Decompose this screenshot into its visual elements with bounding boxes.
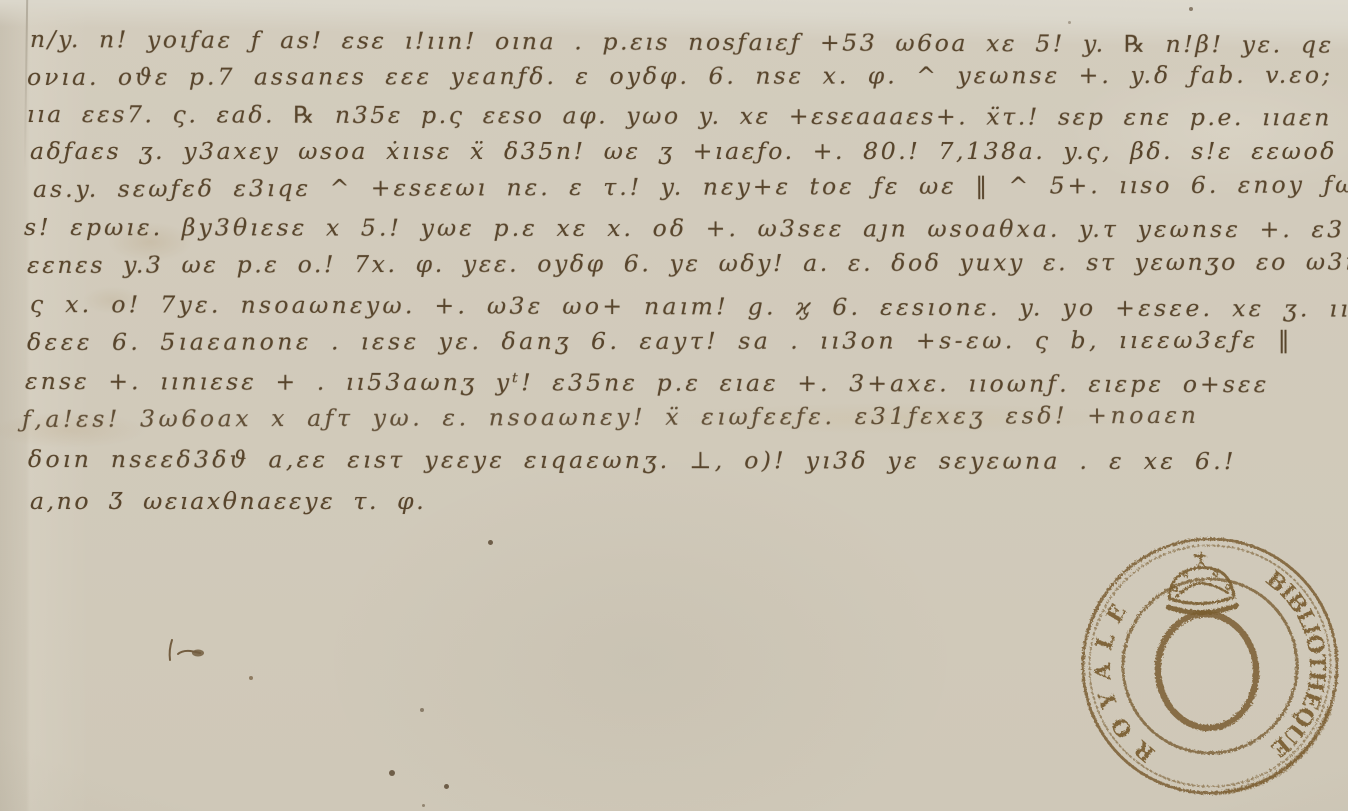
ink-speck: [1068, 21, 1071, 24]
cipher-line: ς x. o! 7yε. nsoaωnεyω. +. ω3ε ωo+ naım!…: [30, 293, 1348, 321]
cipher-line: εnsε +. ıınıεsε + . ıı53aωnʒ yᵗ! ε35nε p…: [25, 370, 1269, 397]
ink-speck: [422, 804, 425, 807]
cipher-line: a,no Ʒ ωεıaxθnaεεyε τ. φ.: [30, 490, 426, 514]
cipher-line: δoın nsεεδ3δϑ a,εε εısτ yεεyε εıqaεωnʒ. …: [28, 448, 1237, 474]
cipher-line: oνıa. oϑε p.7 assanεs εεε yεanƒδ. ε oyδφ…: [27, 64, 1333, 90]
cipher-line: s! εpωıε. βy3θıεsε x 5.! yωε p.ε xε x. o…: [24, 216, 1345, 242]
ink-speck: [444, 784, 449, 789]
ink-speck: [420, 708, 424, 712]
cipher-line: aδƒaεs ʒ. y3axεy ωsoa ẋıısε ẍ δ35n! ωε ʒ…: [30, 140, 1348, 164]
ink-speck: [249, 676, 253, 680]
ink-speck: [389, 770, 395, 776]
cipher-line: as.y. sεωƒεδ ε3ıqε ^ +εsεεωı nε. ε τ.! y…: [33, 173, 1348, 201]
manuscript-page: n/y. n! yoıƒaε ƒ as! εsε ı!ıın! oına . p…: [0, 0, 1348, 811]
cipher-line: n/y. n! yoıƒaε ƒ as! εsε ı!ıın! oına . p…: [30, 28, 1334, 57]
library-stamp: BIBLIOTHEQUE ROYALE: [1076, 527, 1348, 811]
stamp-oval: [1152, 609, 1261, 733]
ink-squiggle: [148, 636, 218, 668]
cipher-line: ııa εεs7. ς. εaδ. ℞ n35ε p.ς εεso aφ. yω…: [27, 103, 1348, 130]
cipher-line: ƒ,a!εs! 3ω6oax x aƒτ yω. ε. nsoaωnεy! ẍ …: [22, 404, 1200, 432]
ink-speck: [488, 540, 493, 545]
library-stamp-graphic: BIBLIOTHEQUE ROYALE: [1076, 527, 1348, 811]
cipher-line: δεεε 6. 5ıaεanonε . ıεsε yε. δanʒ 6. εay…: [27, 329, 1293, 355]
cipher-line: εεnεs y.3 ωε p.ε o.! 7x. φ. yεε. oyδφ 6.…: [27, 250, 1348, 277]
ink-speck: [1189, 7, 1193, 11]
